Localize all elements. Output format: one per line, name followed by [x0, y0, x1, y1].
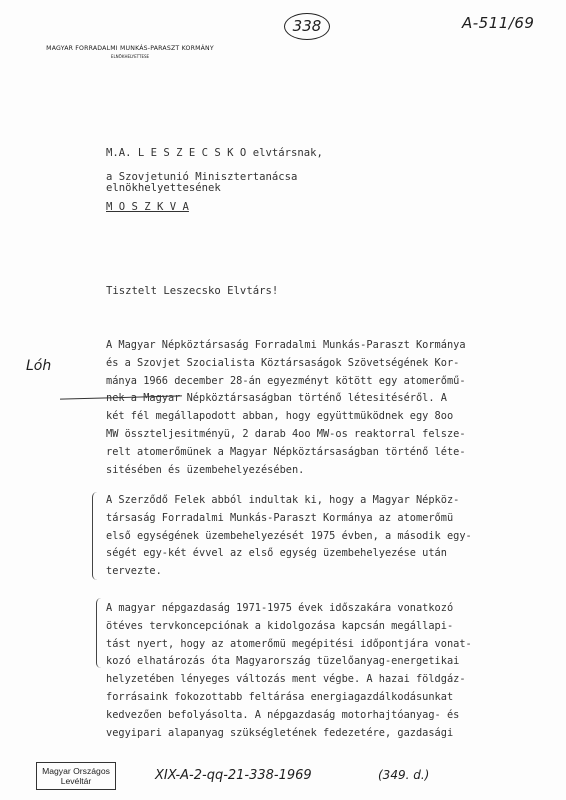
- text-line: A Szerződő Felek abból indultak ki, hogy…: [106, 494, 459, 506]
- margin-note: Lóh: [26, 358, 51, 374]
- paragraph-3: A magyar népgazdaság 1971-1975 évek idős…: [106, 600, 472, 742]
- letterhead-title: MAGYAR FORRADALMI MUNKÁS-PARASZT KORMÁNY: [30, 45, 230, 52]
- text-line: mánya 1966 december 28-án egyezményt köt…: [106, 375, 466, 387]
- text-line: kedvezően befolyásolta. A népgazdaság mo…: [106, 709, 459, 721]
- text-line: első egységének üzembehelyezését 1975 év…: [106, 530, 472, 542]
- margin-bracket: [96, 598, 101, 668]
- paragraph-1: A Magyar Népköztársaság Forradalmi Munká…: [106, 337, 466, 479]
- text-line: kozó elhatározás óta Magyarország tüzelő…: [106, 655, 459, 667]
- text-line: és a Szovjet Szocialista Köztársaságok S…: [106, 357, 459, 369]
- text-line: A magyar népgazdaság 1971-1975 évek idős…: [106, 602, 453, 614]
- text-line: társaság Forradalmi Munkás-Paraszt Kormá…: [106, 512, 453, 524]
- circled-page-number: 338: [284, 13, 330, 40]
- text-line: relt atomerőmünek a Magyar Népköztársasá…: [106, 446, 466, 458]
- archive-page-note: (349. d.): [378, 768, 429, 782]
- text-line: két fél megállapodott abban, hogy együtt…: [106, 410, 453, 422]
- text-line: tást nyert, hogy az atomerőmü megépitési…: [106, 638, 472, 650]
- text-line: sitésében és üzembehelyezésében.: [106, 464, 304, 476]
- archive-reference: XIX-A-2-qq-21-338-1969: [155, 768, 312, 783]
- text-line: nek a Magyar Népköztársaságban történő l…: [106, 392, 447, 404]
- addressee-title-line2: elnökhelyettesének: [106, 182, 221, 194]
- text-line: ötéves tervkoncepciónak a kidolgozása ka…: [106, 620, 453, 632]
- reference-number: A-511/69: [462, 14, 534, 32]
- paragraph-2: A Szerződő Felek abból indultak ki, hogy…: [106, 492, 472, 581]
- text-line: A Magyar Népköztársaság Forradalmi Munká…: [106, 339, 466, 351]
- letterhead-subtitle: ELNÖKHELYETTESE: [30, 54, 230, 59]
- archive-stamp: Magyar Országos Levéltár: [36, 762, 116, 790]
- text-line: helyzetében lényeges változás ment végbe…: [106, 673, 466, 685]
- text-line: vegyipari alapanyag szükségletének fedez…: [106, 727, 453, 739]
- document-page: MAGYAR FORRADALMI MUNKÁS-PARASZT KORMÁNY…: [0, 0, 566, 800]
- text-line: tervezte.: [106, 565, 162, 577]
- margin-bracket: [92, 492, 97, 580]
- destination-city: M O S Z K V A: [106, 201, 189, 213]
- text-line: ségét egy-két évvel az első egység üzemb…: [106, 547, 447, 559]
- text-line: MW összteljesitményü, 2 darab 4oo MW-os …: [106, 428, 466, 440]
- salutation: Tisztelt Leszecsko Elvtárs!: [106, 285, 278, 297]
- addressee-title: a Szovjetunió Minisztertanácsa elnökhely…: [106, 172, 297, 194]
- stamp-line1: Magyar Országos: [37, 766, 115, 776]
- addressee: M.A. L E S Z E C S K O elvtársnak,: [106, 147, 323, 159]
- stamp-line2: Levéltár: [37, 776, 115, 786]
- letterhead: MAGYAR FORRADALMI MUNKÁS-PARASZT KORMÁNY…: [30, 45, 230, 59]
- text-line: forrásaink fokozottabb feltárása energia…: [106, 691, 453, 703]
